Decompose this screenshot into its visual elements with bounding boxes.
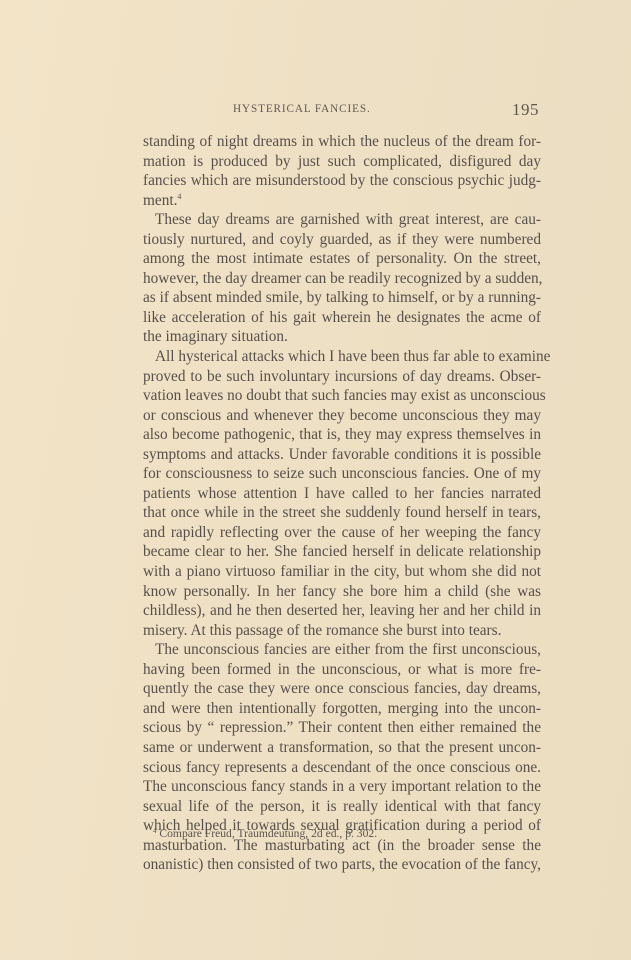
text-line-content: quently the case they were once consciou…	[143, 680, 541, 697]
text-line: childless), and he then deserted her, le…	[143, 601, 541, 621]
text-line-content: proved to be such involuntary incursions…	[143, 368, 541, 385]
footnote-text: Compare Freud, Traumdeutung, 2d ed., p. …	[157, 827, 378, 840]
text-line: as if absent minded smile, by talking to…	[143, 288, 541, 308]
text-line: having been formed in the unconscious, o…	[143, 660, 541, 680]
text-line: fancies which are misunderstood by the c…	[143, 171, 541, 191]
text-line: quently the case they were once consciou…	[143, 679, 541, 699]
text-line: however, the day dreamer can be readily …	[143, 269, 541, 289]
text-line-content: that once while in the street she sudden…	[143, 504, 541, 521]
text-line: became clear to her. She fancied herself…	[143, 542, 541, 562]
text-line-content: became clear to her. She fancied herself…	[143, 543, 541, 560]
text-line-content: The unconscious fancy stands in a very i…	[143, 778, 541, 795]
text-line: vation leaves no doubt that such fancies…	[143, 386, 541, 406]
text-line-content: mation is produced by just such complica…	[143, 153, 541, 170]
text-line: for consciousness to seize such unconsci…	[143, 464, 541, 484]
text-line: mation is produced by just such complica…	[143, 152, 541, 172]
text-line-content: and were then intentionally forgotten, m…	[143, 700, 541, 717]
text-line: sexual life of the person, it is really …	[143, 797, 541, 817]
text-line: like acceleration of his gait wherein he…	[143, 308, 541, 328]
text-line: know personally. In her fancy she bore h…	[143, 582, 541, 602]
text-line-content: or conscious and whenever they become un…	[143, 407, 541, 424]
text-line-content: ment.	[143, 192, 177, 209]
text-line: tiously nurtured, and coyly guarded, as …	[143, 230, 541, 250]
text-line-content: scious by “ repression.” Their content t…	[143, 719, 541, 736]
text-line: and rapidly reflecting over the cause of…	[143, 523, 541, 543]
text-line-content: onanistic) then consisted of two parts, …	[143, 856, 541, 873]
text-line: misery. At this passage of the romance s…	[143, 621, 541, 641]
text-line: standing of night dreams in which the nu…	[143, 132, 541, 152]
text-line-content: misery. At this passage of the romance s…	[143, 622, 501, 639]
text-line-content: scious fancy represents a descendant of …	[143, 759, 541, 776]
text-line: The unconscious fancy stands in a very i…	[143, 777, 541, 797]
text-line-content: with a piano virtuoso familiar in the ci…	[143, 563, 541, 580]
text-line: with a piano virtuoso familiar in the ci…	[143, 562, 541, 582]
text-line-content: patients whose attention I have called t…	[143, 485, 541, 502]
page-number: 195	[512, 100, 539, 120]
text-line: the imaginary situation.	[143, 327, 541, 347]
text-line-content: fancies which are misunderstood by the c…	[143, 172, 541, 189]
running-head: HYSTERICAL FANCIES. 195	[143, 101, 541, 121]
text-line: or conscious and whenever they become un…	[143, 406, 541, 426]
text-line: patients whose attention I have called t…	[143, 484, 541, 504]
text-line: onanistic) then consisted of two parts, …	[143, 855, 541, 875]
text-line-content: childless), and he then deserted her, le…	[143, 602, 541, 619]
text-line-content: These day dreams are garnished with grea…	[155, 211, 541, 228]
text-line-content: among the most intimate estates of perso…	[143, 250, 541, 267]
text-line: These day dreams are garnished with grea…	[143, 210, 541, 230]
text-line: that once while in the street she sudden…	[143, 503, 541, 523]
text-line-content: however, the day dreamer can be readily …	[143, 270, 542, 287]
text-line-content: tiously nurtured, and coyly guarded, as …	[143, 231, 541, 248]
text-line-content: having been formed in the unconscious, o…	[143, 661, 541, 678]
text-line-content: The unconscious fancies are either from …	[155, 641, 541, 658]
text-line-content: as if absent minded smile, by talking to…	[143, 289, 541, 306]
text-line-content: standing of night dreams in which the nu…	[143, 133, 541, 150]
text-line: symptoms and attacks. Under favorable co…	[143, 445, 541, 465]
text-line: also become pathogenic, that is, they ma…	[143, 425, 541, 445]
text-line: All hysterical attacks which I have been…	[143, 347, 541, 367]
text-line: scious fancy represents a descendant of …	[143, 758, 541, 778]
footnote-reference[interactable]: 4	[177, 192, 181, 201]
text-line: ment.4	[143, 191, 541, 211]
text-line: among the most intimate estates of perso…	[143, 249, 541, 269]
text-line-content: same or underwent a transformation, so t…	[143, 739, 541, 756]
text-line: same or underwent a transformation, so t…	[143, 738, 541, 758]
text-line-content: vation leaves no doubt that such fancies…	[143, 387, 546, 404]
text-line: and were then intentionally forgotten, m…	[143, 699, 541, 719]
text-line-content: the imaginary situation.	[143, 328, 288, 345]
text-line: proved to be such involuntary incursions…	[143, 367, 541, 387]
footnote: 4 Compare Freud, Traumdeutung, 2d ed., p…	[153, 827, 377, 840]
text-line-content: All hysterical attacks which I have been…	[155, 348, 550, 365]
running-title: HYSTERICAL FANCIES.	[233, 103, 371, 115]
text-line-content: and rapidly reflecting over the cause of…	[143, 524, 541, 541]
text-line-content: like acceleration of his gait wherein he…	[143, 309, 541, 326]
text-line-content: also become pathogenic, that is, they ma…	[143, 426, 541, 443]
text-line-content: know personally. In her fancy she bore h…	[143, 583, 541, 600]
text-line-content: symptoms and attacks. Under favorable co…	[143, 446, 541, 463]
text-line: scious by “ repression.” Their content t…	[143, 718, 541, 738]
body-text: standing of night dreams in which the nu…	[143, 132, 541, 875]
text-line-content: for consciousness to seize such unconsci…	[143, 465, 541, 482]
text-line-content: sexual life of the person, it is really …	[143, 798, 541, 815]
text-line: The unconscious fancies are either from …	[143, 640, 541, 660]
